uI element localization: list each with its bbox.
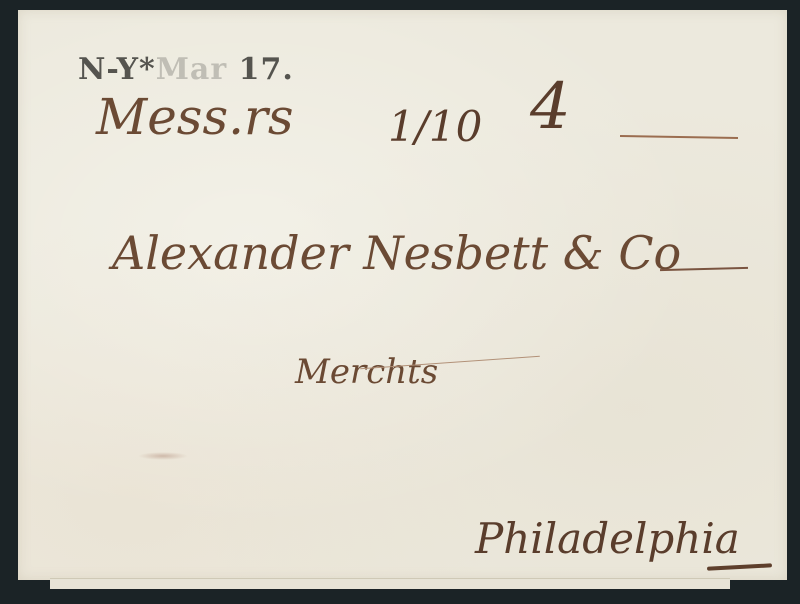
ink-stain: [138, 452, 188, 460]
postmark-day: 17.: [239, 52, 294, 87]
rate-marking: 1/10: [388, 102, 482, 151]
photo-frame: N-Y*Mar 17. Mess.rs 1/10 4 Alexander Nes…: [0, 0, 800, 604]
addressee-title: Merchts: [295, 352, 438, 392]
postage-due: 4: [530, 70, 571, 144]
letter-bottom-edge: [50, 578, 730, 589]
postmark-prefix: N-Y*: [78, 52, 156, 87]
postmark-month: Mar: [156, 52, 227, 87]
destination-city: Philadelphia: [475, 514, 740, 563]
addressee-name: Alexander Nesbett & Co: [112, 226, 681, 280]
salutation: Mess.rs: [96, 88, 294, 146]
postmark: N-Y*Mar 17.: [78, 52, 294, 87]
